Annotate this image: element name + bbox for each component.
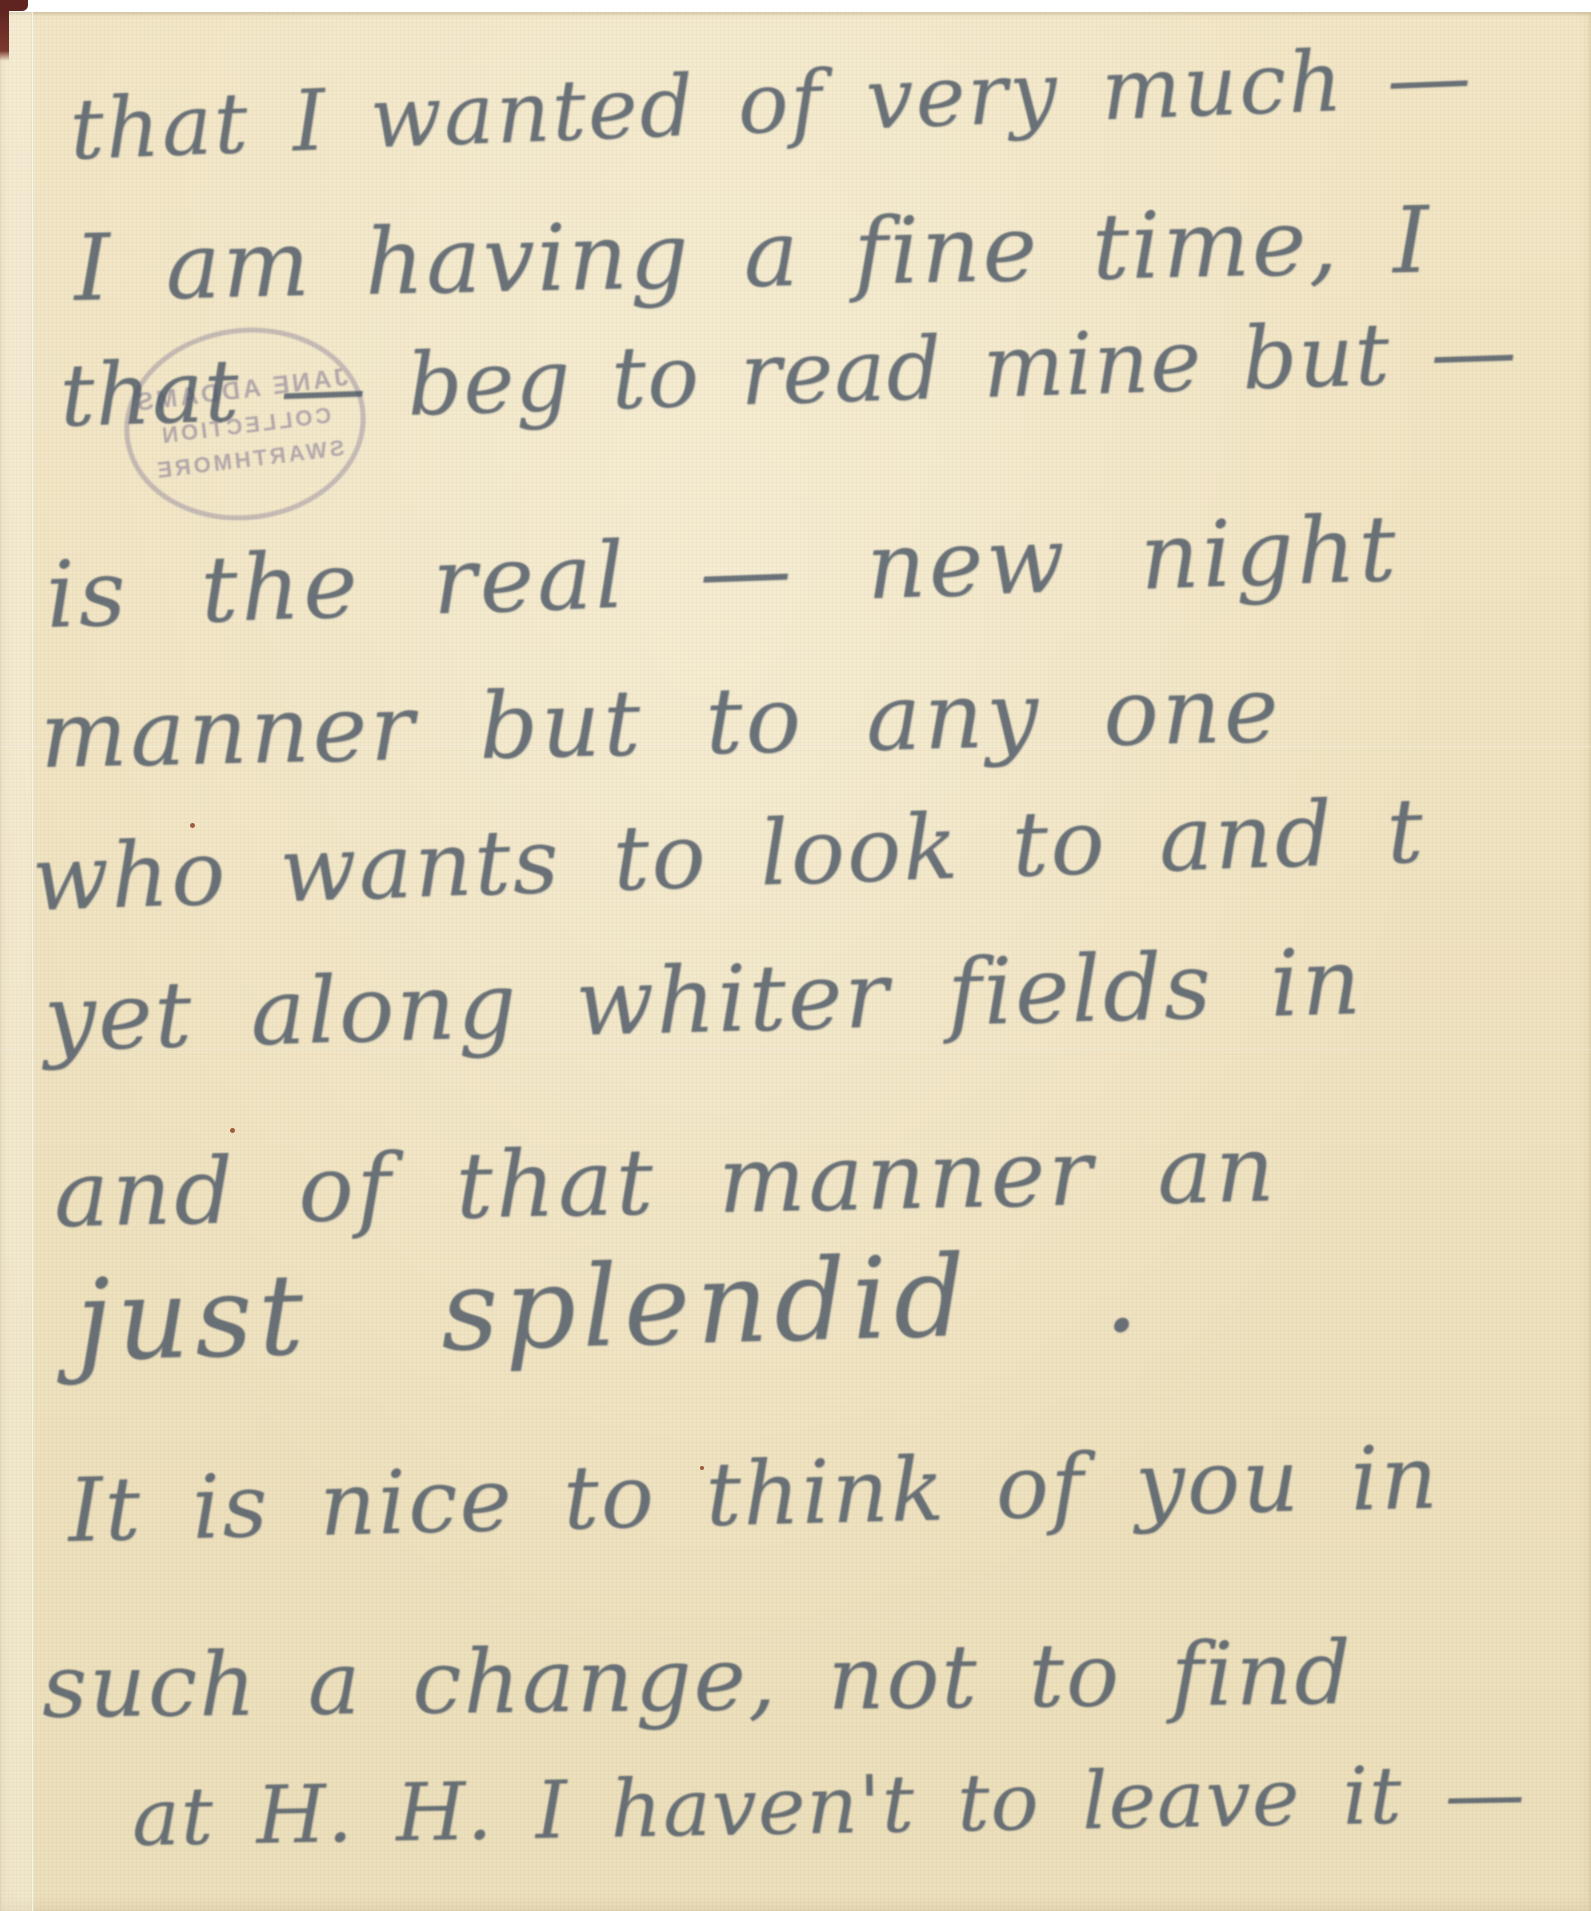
handwriting-line: that I wanted of very much — xyxy=(68,28,1474,178)
handwriting-line: It is nice to think of you in xyxy=(67,1427,1441,1562)
handwriting-line: manner but to any one xyxy=(39,657,1283,789)
handwriting-line: that — beg to read mine but — xyxy=(58,302,1519,447)
handwriting-line: is the real — new night xyxy=(44,496,1400,649)
handwriting-line: just splendid . xyxy=(74,1228,1146,1387)
handwriting-line: who wants to look to and t xyxy=(30,779,1426,931)
handwriting-line: yet along whiter fields in xyxy=(43,929,1365,1072)
handwritten-text: that I wanted of very much —I am having … xyxy=(0,0,1591,1911)
scanned-letter: JANE ADDAMS COLLECTION SWARTHMORE that I… xyxy=(0,0,1591,1911)
handwriting-line: such a change, not to find xyxy=(41,1622,1353,1737)
handwriting-line: I am having a fine time, I xyxy=(73,188,1432,322)
handwriting-line: at H. H. I haven't to leave it — xyxy=(131,1748,1526,1864)
